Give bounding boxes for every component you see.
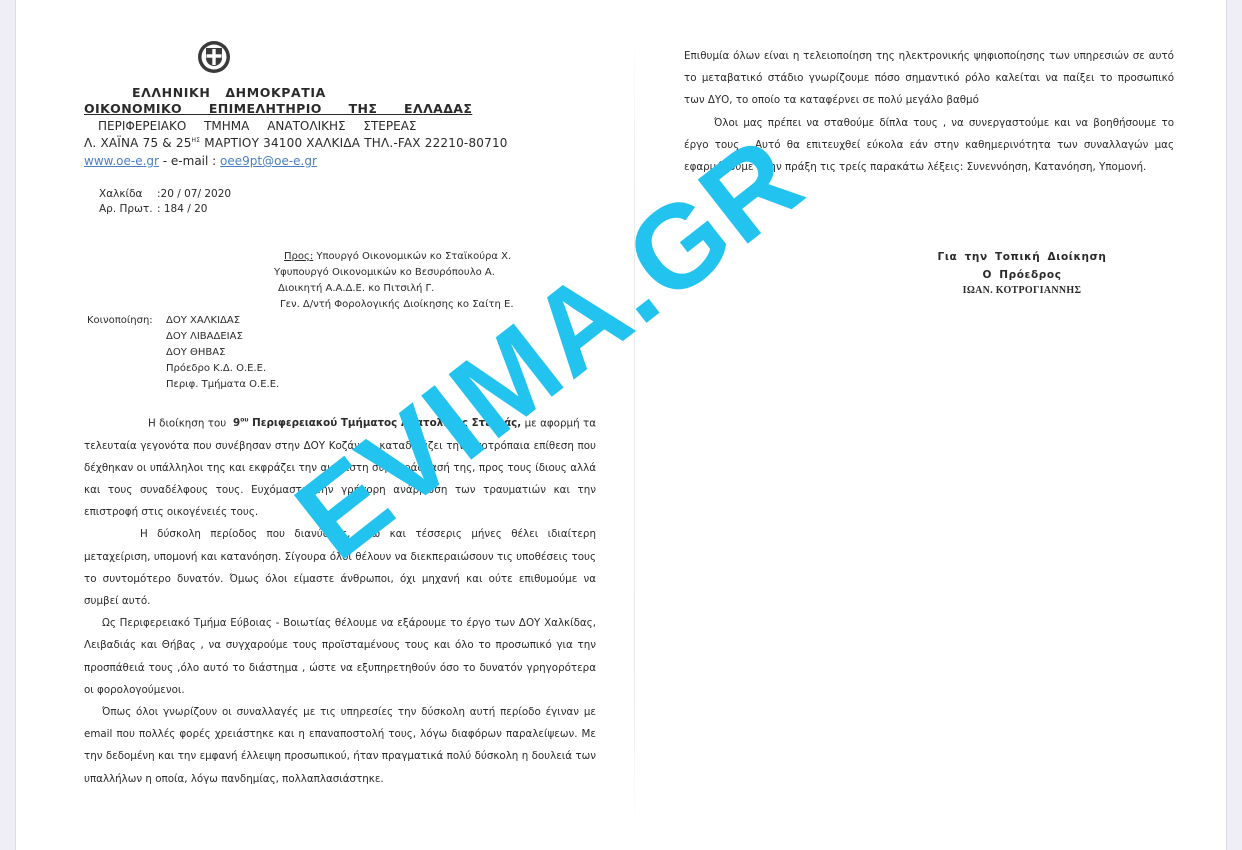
- paragraph-5: Επιθυμία όλων είναι η τελειοποίηση της η…: [684, 45, 1174, 112]
- address-part: ΜΑΡΤΙΟΥ 34100 ΧΑΛΚΙΔΑ ΤΗΛ.-FAX 22210-807…: [200, 136, 507, 150]
- header-republic: ΕΛΛΗΝΙΚΗ ΔΗΜΟΚΡΑΤΙΑ: [132, 85, 326, 100]
- document-scan: ΕΛΛΗΝΙΚΗ ΔΗΜΟΚΡΑΤΙΑ ΟΙΚΟΝΟΜΙΚΟ ΕΠΙΜΕΛΗΤΗ…: [15, 0, 1227, 850]
- recipient-line: Γεν. Δ/ντή Φορολογικής Διοίκησης κο Σαίτ…: [280, 297, 514, 313]
- greek-coat-of-arms-icon: [197, 40, 231, 74]
- address-sup: ΗΣ: [192, 137, 201, 144]
- letter-body-continued: Επιθυμία όλων είναι η τελειοποίηση της η…: [684, 45, 1174, 178]
- protocol-value: : 184 / 20: [157, 203, 208, 215]
- signature-authority: Για την Τοπική Διοίκηση: [932, 248, 1112, 266]
- paragraph-3: Ως Περιφερειακό Τμήμα Εύβοιας - Βοιωτίας…: [84, 612, 596, 701]
- text: Η διοίκηση του: [148, 417, 233, 429]
- date-value: :20 / 07/ 2020: [157, 188, 231, 200]
- signature-block: Για την Τοπική Διοίκηση Ο Πρόεδρος ΙΩΑΝ.…: [932, 248, 1112, 298]
- page-fold-divider: [634, 30, 635, 830]
- to-label: Προς:: [284, 251, 313, 262]
- website-link[interactable]: www.oe-e.gr: [84, 154, 159, 168]
- text: με αφορμή τα τελευταία γεγονότα που συνέ…: [84, 417, 596, 518]
- paragraph-2: Η δύσκολη περίοδος που διανύουμε, εδώ κα…: [84, 523, 596, 612]
- header-address: Λ. ΧΑΪΝΑ 75 & 25ΗΣ ΜΑΡΤΙΟΥ 34100 ΧΑΛΚΙΔΑ…: [84, 136, 508, 150]
- header-department: ΠΕΡΙΦΕΡΕΙΑΚΟ ΤΜΗΜΑ ΑΝΑΤΟΛΙΚΗΣ ΣΤΕΡΕΑΣ: [98, 119, 417, 133]
- cc-item: Περιφ. Τμήματα Ο.Ε.Ε.: [166, 377, 279, 393]
- bold-department: 9ου Περιφερειακού Τμήματος Ανατολικής Στ…: [233, 417, 521, 429]
- text: Περιφερειακού Τμήματος Ανατολικής Στερεά…: [248, 417, 521, 429]
- paragraph-1: Η διοίκηση του 9ου Περιφερειακού Τμήματο…: [84, 410, 596, 523]
- cc-label: Κοινοποίηση:: [87, 313, 153, 329]
- recipient-line: Υφυπουργό Οικονομικών κο Βεσυρόπουλο Α.: [274, 265, 514, 281]
- header-chamber-name: ΟΙΚΟΝΟΜΙΚΟ ΕΠΙΜΕΛΗΤΗΡΙΟ ΤΗΣ ΕΛΛΑΔΑΣ: [84, 101, 472, 116]
- paragraph-6: Όλοι μας πρέπει να σταθούμε δίπλα τους ,…: [684, 112, 1174, 179]
- letter-body: Η διοίκηση του 9ου Περιφερειακού Τμήματο…: [84, 410, 596, 790]
- contact-separator: - e-mail :: [159, 154, 220, 168]
- header-contact: www.oe-e.gr - e-mail : oee9pt@oe-e.gr: [84, 154, 317, 168]
- recipient-line: Προς: Υπουργό Οικονομικών κο Σταϊκούρα Χ…: [282, 249, 514, 265]
- cc-list: ΔΟΥ ΧΑΛΚΙΔΑΣ ΔΟΥ ΛΙΒΑΔΕΙΑΣ ΔΟΥ ΘΗΒΑΣ Πρό…: [166, 313, 279, 393]
- email-link[interactable]: oee9pt@oe-e.gr: [220, 154, 317, 168]
- protocol-label: Αρ. Πρωτ.: [99, 203, 157, 215]
- recipient-line: Διοικητή Α.Α.Δ.Ε. κο Πιτσιλή Γ.: [278, 281, 514, 297]
- cc-item: ΔΟΥ ΘΗΒΑΣ: [166, 345, 279, 361]
- recipients-block: Προς: Υπουργό Οικονομικών κο Σταϊκούρα Χ…: [282, 249, 514, 313]
- protocol-number: Αρ. Πρωτ.: 184 / 20: [99, 203, 208, 215]
- signature-name: ΙΩΑΝ. ΚΟΤΡΟΓΙΑΝΝΗΣ: [932, 284, 1112, 298]
- recipient-text: Υπουργό Οικονομικών κο Σταϊκούρα Χ.: [313, 251, 511, 262]
- signature-title: Ο Πρόεδρος: [932, 266, 1112, 284]
- cc-item: Πρόεδρο Κ.Δ. Ο.Ε.Ε.: [166, 361, 279, 377]
- cc-item: ΔΟΥ ΛΙΒΑΔΕΙΑΣ: [166, 329, 279, 345]
- paragraph-4: Όπως όλοι γνωρίζουν οι συναλλαγές με τις…: [84, 701, 596, 790]
- date-label: Χαλκίδα: [99, 188, 157, 200]
- document-date: Χαλκίδα:20 / 07/ 2020: [99, 188, 231, 200]
- address-part: Λ. ΧΑΪΝΑ 75 & 25: [84, 136, 192, 150]
- cc-item: ΔΟΥ ΧΑΛΚΙΔΑΣ: [166, 313, 279, 329]
